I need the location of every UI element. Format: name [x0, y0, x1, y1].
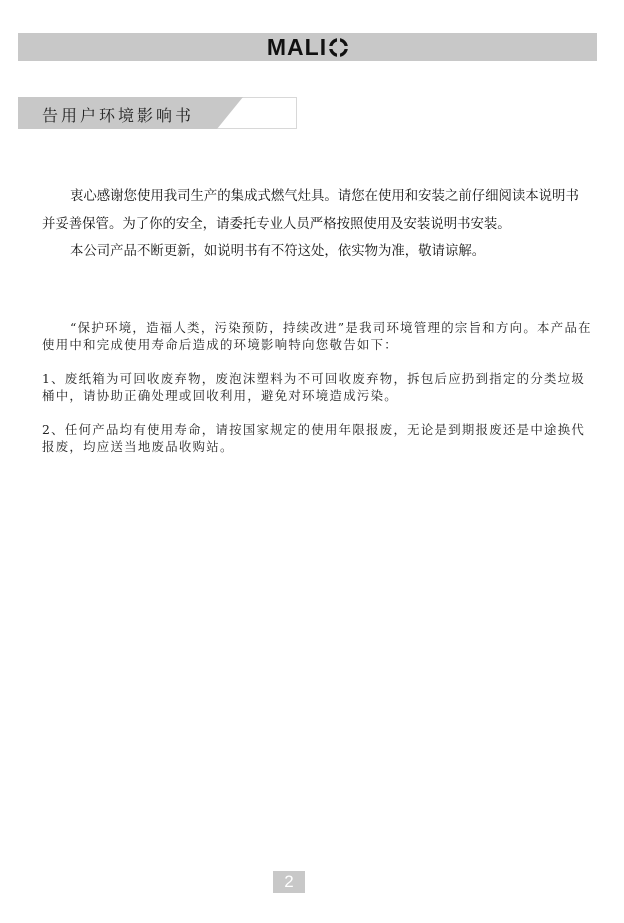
- notice-item: 1、废纸箱为可回收废弃物，废泡沫塑料为不可回收废弃物，拆包后应扔到指定的分类垃圾…: [42, 370, 598, 404]
- intro-text: 衷心感谢您使用我司生产的集成式燃气灶具。请您在使用和安装之前仔细阅读本说明书并妥…: [42, 183, 582, 266]
- section-title: 告用户环境影响书: [42, 103, 194, 126]
- intro-paragraph: 本公司产品不断更新，如说明书有不符这处，依实物为准，敬请谅解。: [42, 238, 582, 266]
- section-heading: 告用户环境影响书: [18, 97, 297, 129]
- intro-paragraph: 衷心感谢您使用我司生产的集成式燃气灶具。请您在使用和安装之前仔细阅读本说明书并妥…: [42, 183, 582, 238]
- brand-text: MALI: [267, 36, 327, 59]
- page-number: 2: [273, 871, 305, 893]
- lifebuoy-o-icon: [329, 38, 348, 57]
- brand-logo: MALI: [267, 36, 348, 59]
- notice-statement: “保护环境，造福人类，污染预防，持续改进”是我司环境管理的宗旨和方向。本产品在使…: [42, 319, 598, 353]
- notice-item: 2、任何产品均有使用寿命，请按国家规定的使用年限报废，无论是到期报废还是中途换代…: [42, 421, 598, 455]
- environmental-notice: “保护环境，造福人类，污染预防，持续改进”是我司环境管理的宗旨和方向。本产品在使…: [42, 319, 598, 455]
- header-bar: MALI: [18, 33, 597, 61]
